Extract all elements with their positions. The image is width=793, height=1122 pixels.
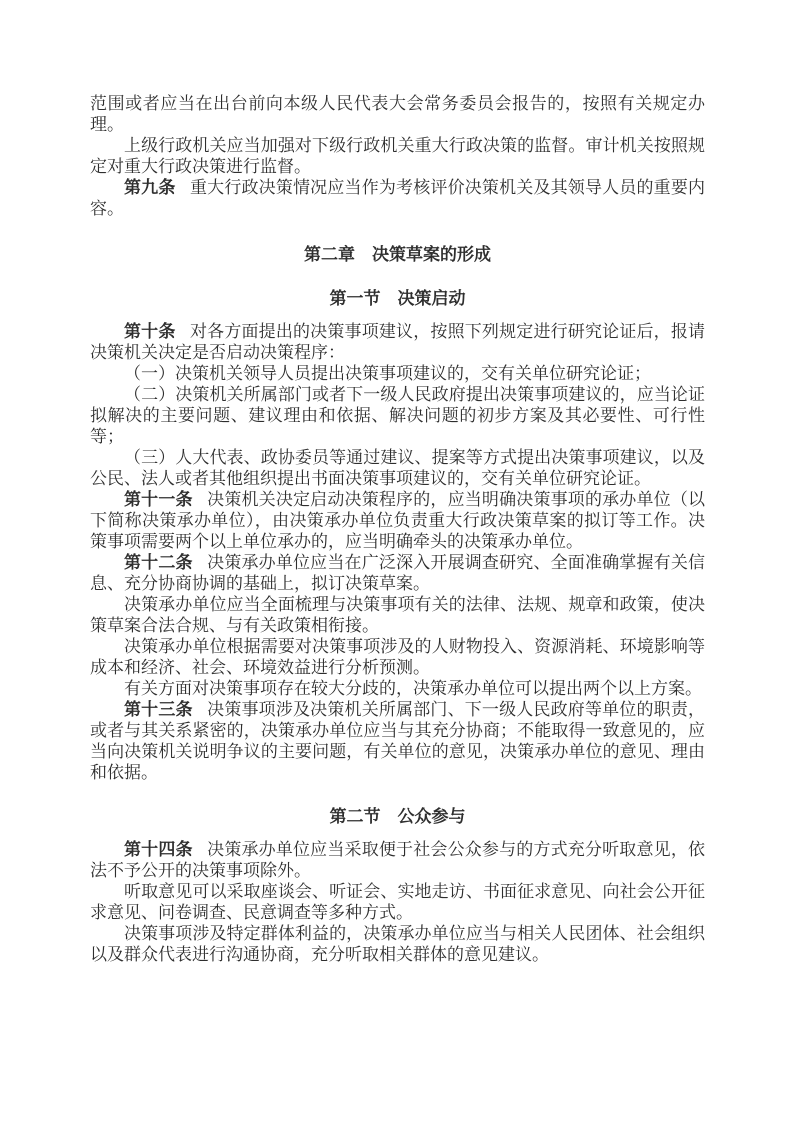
paragraph-text: （二）决策机关所属部门或者下一级人民政府提出决策事项建议的，应当论证拟解决的主要… xyxy=(90,385,705,446)
list-item-2: （二）决策机关所属部门或者下一级人民政府提出决策事项建议的，应当论证拟解决的主要… xyxy=(90,384,705,447)
paragraph-article-12-clause-4: 有关方面对决策事项存在较大分歧的，决策承办单位可以提出两个以上方案。 xyxy=(90,678,705,699)
list-item-3: （三）人大代表、政协委员等通过建议、提案等方式提出决策事项建议，以及公民、法人或… xyxy=(90,447,705,489)
paragraph-text: 决策事项涉及特定群体利益的，决策承办单位应当与相关人民团体、社会组织以及群众代表… xyxy=(90,924,705,964)
paragraph-article-14: 第十四条决策承办单位应当采取便于社会公众参与的方式充分听取意见，依法不予公开的决… xyxy=(90,839,705,881)
paragraph-article-14-clause-3: 决策事项涉及特定群体利益的，决策承办单位应当与相关人民团体、社会组织以及群众代表… xyxy=(90,923,705,965)
paragraph-text: 有关方面对决策事项存在较大分歧的，决策承办单位可以提出两个以上方案。 xyxy=(124,679,702,698)
chapter-2-heading: 第二章 决策草案的形成 xyxy=(90,244,705,265)
paragraph-article-11: 第十一条决策机关决定启动决策程序的，应当明确决策事项的承办单位（以下简称决策承办… xyxy=(90,489,705,552)
paragraph-article-12-clause-2: 决策承办单位应当全面梳理与决策事项有关的法律、法规、规章和政策，使决策草案合法合… xyxy=(90,594,705,636)
paragraph-article-9: 第九条重大行政决策情况应当作为考核评价决策机关及其领导人员的重要内容。 xyxy=(90,177,705,219)
paragraph-text: （三）人大代表、政协委员等通过建议、提案等方式提出决策事项建议，以及公民、法人或… xyxy=(90,448,705,488)
section-1-heading: 第一节 决策启动 xyxy=(90,288,705,309)
paragraph-text: （一）决策机关领导人员提出决策事项建议的，交有关单位研究论证； xyxy=(124,364,651,383)
list-item-1: （一）决策机关领导人员提出决策事项建议的，交有关单位研究论证； xyxy=(90,363,705,384)
paragraph-article-12: 第十二条决策承办单位应当在广泛深入开展调查研究、全面准确掌握有关信息、充分协商协… xyxy=(90,552,705,594)
paragraph-article-12-clause-3: 决策承办单位根据需要对决策事项涉及的人财物投入、资源消耗、环境影响等成本和经济、… xyxy=(90,636,705,678)
article-9-label: 第九条 xyxy=(124,178,176,197)
paragraph-article-14-clause-2: 听取意见可以采取座谈会、听证会、实地走访、书面征求意见、向社会公开征求意见、问卷… xyxy=(90,881,705,923)
paragraph-text: 决策承办单位应当全面梳理与决策事项有关的法律、法规、规章和政策，使决策草案合法合… xyxy=(90,595,705,635)
article-10-label: 第十条 xyxy=(124,322,176,341)
paragraph-continuation: 范围或者应当在出台前向本级人民代表大会常务委员会报告的，按照有关规定办理。 xyxy=(90,93,705,135)
article-12-label: 第十二条 xyxy=(124,553,193,572)
section-2-heading: 第二节 公众参与 xyxy=(90,806,705,827)
article-13-label: 第十三条 xyxy=(124,700,193,719)
paragraph-text: 重大行政决策情况应当作为考核评价决策机关及其领导人员的重要内容。 xyxy=(90,178,705,218)
paragraph-text: 对各方面提出的决策事项建议，按照下列规定进行研究论证后，报请决策机关决定是否启动… xyxy=(90,322,705,362)
paragraph-text: 听取意见可以采取座谈会、听证会、实地走访、书面征求意见、向社会公开征求意见、问卷… xyxy=(90,882,705,922)
paragraph-article-10: 第十条对各方面提出的决策事项建议，按照下列规定进行研究论证后，报请决策机关决定是… xyxy=(90,321,705,363)
paragraph-supervision: 上级行政机关应当加强对下级行政机关重大行政决策的监督。审计机关按照规定对重大行政… xyxy=(90,135,705,177)
paragraph-text: 上级行政机关应当加强对下级行政机关重大行政决策的监督。审计机关按照规定对重大行政… xyxy=(90,136,705,176)
article-14-label: 第十四条 xyxy=(124,840,193,859)
paragraph-text: 范围或者应当在出台前向本级人民代表大会常务委员会报告的，按照有关规定办理。 xyxy=(90,94,705,134)
document-page: 范围或者应当在出台前向本级人民代表大会常务委员会报告的，按照有关规定办理。 上级… xyxy=(90,0,705,965)
paragraph-text: 决策承办单位根据需要对决策事项涉及的人财物投入、资源消耗、环境影响等成本和经济、… xyxy=(90,637,705,677)
article-11-label: 第十一条 xyxy=(124,490,193,509)
paragraph-article-13: 第十三条决策事项涉及决策机关所属部门、下一级人民政府等单位的职责，或者与其关系紧… xyxy=(90,699,705,783)
